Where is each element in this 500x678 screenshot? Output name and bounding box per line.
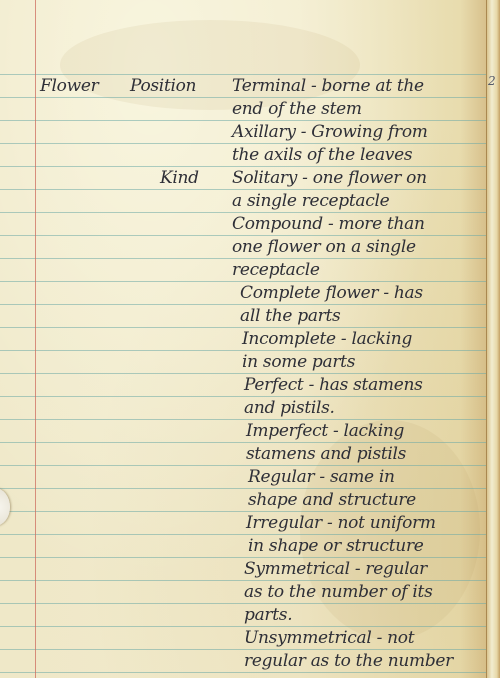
ruled-line	[0, 304, 488, 305]
notebook-page: 2 Flower Position Kind Terminal - borne …	[0, 0, 500, 678]
note-line: end of the stem	[232, 99, 362, 119]
margin-line	[35, 0, 36, 678]
note-line: Symmetrical - regular	[244, 559, 427, 579]
ruled-line	[0, 649, 488, 650]
ruled-line	[0, 97, 488, 98]
note-line: Regular - same in	[248, 467, 395, 487]
note-line: Irregular - not uniform	[246, 513, 436, 533]
note-line: as to the number of its	[244, 582, 433, 602]
ruled-line	[0, 189, 488, 190]
ruled-line	[0, 419, 488, 420]
ruled-line	[0, 327, 488, 328]
ruled-line	[0, 672, 488, 673]
ruled-line	[0, 350, 488, 351]
note-line: Perfect - has stamens	[244, 375, 423, 395]
note-line: shape and structure	[248, 490, 416, 510]
note-line: regular as to the number	[244, 651, 453, 671]
ruled-line	[0, 511, 488, 512]
ruled-line	[0, 74, 488, 75]
note-line: stamens and pistils	[246, 444, 406, 464]
ruled-line	[0, 396, 488, 397]
note-line: Solitary - one flower on	[232, 168, 427, 188]
ruled-line	[0, 580, 488, 581]
ruled-line	[0, 626, 488, 627]
ruled-line	[0, 488, 488, 489]
category-label-kind: Kind	[160, 168, 199, 188]
note-line: Terminal - borne at the	[232, 76, 424, 96]
ruled-line	[0, 120, 488, 121]
ruled-line	[0, 603, 488, 604]
note-line: Unsymmetrical - not	[244, 628, 414, 648]
ruled-line	[0, 465, 488, 466]
ruled-line	[0, 373, 488, 374]
ruled-line	[0, 557, 488, 558]
punched-hole	[0, 488, 10, 526]
edge-mark: 2	[488, 74, 496, 88]
category-label-position: Position	[130, 76, 196, 96]
note-line: in some parts	[242, 352, 355, 372]
note-line: Compound - more than	[232, 214, 425, 234]
note-line: Imperfect - lacking	[246, 421, 404, 441]
ruled-line	[0, 534, 488, 535]
ruled-line	[0, 143, 488, 144]
note-line: and pistils.	[244, 398, 335, 418]
ruled-line	[0, 166, 488, 167]
ruled-line	[0, 258, 488, 259]
note-line: a single receptacle	[232, 191, 389, 211]
ruled-line	[0, 281, 488, 282]
page-edge-fold	[486, 0, 500, 678]
note-line: in shape or structure	[248, 536, 424, 556]
note-line: the axils of the leaves	[232, 145, 412, 165]
ruled-line	[0, 212, 488, 213]
ruled-line	[0, 235, 488, 236]
note-line: Complete flower - has	[240, 283, 423, 303]
note-line: Axillary - Growing from	[232, 122, 428, 142]
note-line: receptacle	[232, 260, 320, 280]
note-line: one flower on a single	[232, 237, 416, 257]
note-line: Incomplete - lacking	[242, 329, 412, 349]
ruled-line	[0, 442, 488, 443]
note-line: parts.	[244, 605, 292, 625]
subject-label: Flower	[40, 76, 98, 96]
note-line: all the parts	[240, 306, 340, 326]
